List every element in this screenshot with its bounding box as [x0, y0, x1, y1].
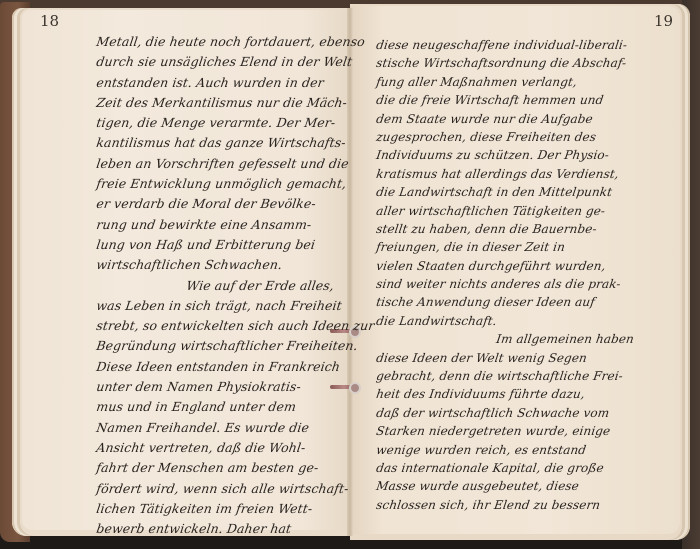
text-line: er verdarb die Moral der Bevölke- [95, 194, 348, 214]
text-line: die Landwirtschaft. [375, 312, 623, 330]
text-line: vielen Staaten durchgeführt wurden, [375, 257, 623, 275]
text-line: daß der wirtschaftlich Schwache vom [375, 404, 623, 422]
text-line: die die freie Wirtschaft hemmen und [375, 91, 623, 109]
text-line: aller wirtschaftlichen Tätigkeiten ge- [375, 202, 623, 220]
text-line: heit des Individuums führte dazu, [375, 385, 623, 403]
text-line: diese neugeschaffene individual-liberali… [375, 36, 623, 54]
text-line: zugesprochen, diese Freiheiten des [375, 128, 623, 146]
page-number-left: 18 [40, 12, 59, 30]
text-line: diese Ideen der Welt wenig Segen [375, 349, 623, 367]
text-line: schlossen sich, ihr Elend zu bessern [375, 496, 623, 514]
text-line: Diese Ideen entstanden in Frankreich [95, 357, 348, 377]
text-line: Starken niedergetreten wurde, einige [375, 422, 623, 440]
text-line: Zeit des Merkantilismus nur die Mäch- [95, 93, 348, 113]
text-line: die Landwirtschaft in den Mittelpunkt [375, 183, 623, 201]
text-line: wirtschaftlichen Schwachen. [95, 255, 348, 275]
text-line: entstanden ist. Auch wurden in der [95, 73, 348, 93]
text-line: tigen, die Menge verarmte. Der Mer- [95, 113, 348, 133]
text-line: sind weiter nichts anderes als die prak- [375, 275, 623, 293]
text-line: durch sie unsägliches Elend in der Welt [95, 52, 348, 72]
text-line: lung von Haß und Erbitterung bei [95, 235, 348, 255]
page-number-right: 19 [654, 12, 673, 30]
text-line: kantilismus hat das ganze Wirtschafts- [95, 133, 348, 153]
text-line: das internationale Kapital, die große [375, 459, 623, 477]
text-line: bewerb entwickeln. Daher hat [95, 519, 348, 539]
text-line: Metall, die heute noch fortdauert, ebens… [95, 32, 348, 52]
text-line: strebt, so entwickelten sich auch Ideen … [95, 316, 348, 336]
text-line: fung aller Maßnahmen verlangt, [375, 73, 623, 91]
text-line: Masse wurde ausgebeutet, diese [375, 477, 623, 495]
text-line: Begründung wirtschaftlicher Freiheiten. [95, 336, 348, 356]
right-page-text: diese neugeschaffene individual-liberali… [375, 36, 620, 514]
text-line: rung und bewirkte eine Ansamm- [95, 215, 348, 235]
text-line: tische Anwendung dieser Ideen auf [375, 293, 623, 311]
text-line: leben an Vorschriften gefesselt und die [95, 154, 348, 174]
text-line: unter dem Namen Physiokratis- [95, 377, 348, 397]
text-line: fördert wird, wenn sich alle wirtschaft- [95, 479, 348, 499]
text-line: stische Wirtschaftsordnung die Abschaf- [375, 54, 623, 72]
text-line: kratismus hat allerdings das Verdienst, [375, 165, 623, 183]
text-line: Ansicht vertreten, daß die Wohl- [95, 438, 348, 458]
text-line: was Leben in sich trägt, nach Freiheit [95, 296, 348, 316]
text-line: stellt zu haben, denn die Bauernbe- [375, 220, 623, 238]
left-page-text: Metall, die heute noch fortdauert, ebens… [95, 32, 345, 539]
text-line: freie Entwicklung unmöglich gemacht, [95, 174, 348, 194]
text-line: Individuums zu schützen. Der Physio- [375, 146, 623, 164]
text-line: Namen Freihandel. Es wurde die [95, 418, 348, 438]
text-line: gebracht, denn die wirtschaftliche Frei- [375, 367, 623, 385]
text-line: fahrt der Menschen am besten ge- [95, 458, 348, 478]
book-gutter [347, 8, 353, 536]
text-line: dem Staate wurde nur die Aufgabe [375, 110, 623, 128]
text-line: wenige wurden reich, es entstand [375, 441, 623, 459]
text-line: freiungen, die in dieser Zeit in [375, 238, 623, 256]
text-line: mus und in England unter dem [95, 397, 348, 417]
paragraph-start-line: Wie auf der Erde alles, [95, 276, 348, 296]
paragraph-start-line: Im allgemeinen haben [375, 330, 623, 348]
text-line: lichen Tätigkeiten im freien Wett- [95, 499, 348, 519]
